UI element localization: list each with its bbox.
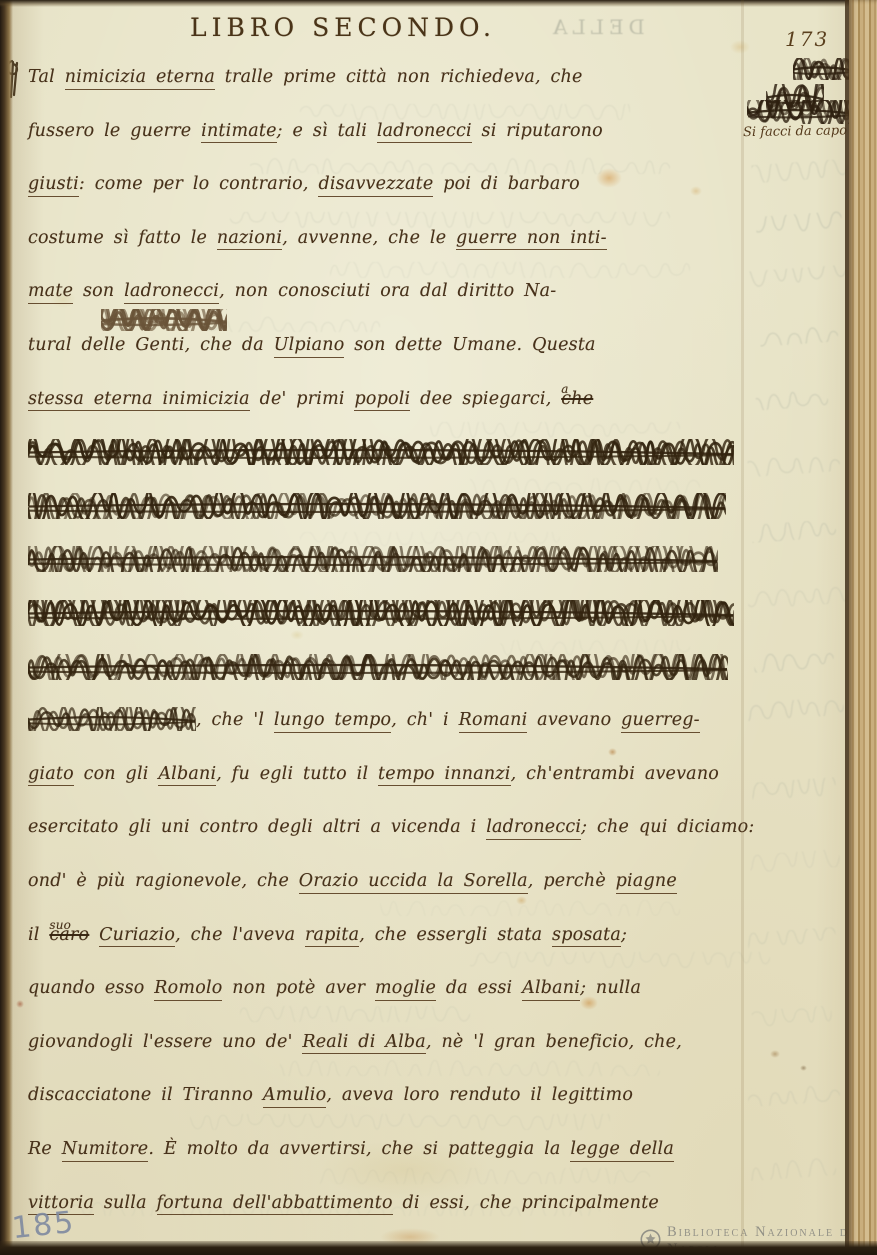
text-segment: Ulpiano — [274, 335, 345, 358]
manuscript-line: , che 'l lungo tempo, ch' i Romani aveva… — [28, 707, 743, 739]
text-segment: ladronecci — [377, 121, 472, 144]
text-segment: son — [73, 281, 124, 301]
text-segment: nazioni — [217, 228, 282, 251]
text-segment: giusti — [28, 174, 79, 197]
manuscript-line: Re Numitore. È molto da avvertirsi, che … — [28, 1136, 743, 1168]
manuscript-line: fussero le guerre intimate; e sì tali la… — [28, 118, 743, 150]
text-segment: Albani — [158, 764, 216, 787]
text-segment: Orazio uccida la Sorella — [299, 871, 528, 894]
text-segment: , non conosciuti ora dal diritto Na- — [219, 281, 556, 301]
text-segment: : come per lo contrario, — [79, 174, 319, 194]
text-segment: esercitato gli uni contro degli altri a … — [28, 817, 486, 837]
text-segment: son dette Umane. Questa — [344, 335, 595, 355]
text-segment: , aveva loro renduto il legittimo — [326, 1085, 633, 1105]
text-segment: poi di barbaro — [433, 174, 579, 194]
text-segment: . È molto da avvertirsi, che si patteggi… — [148, 1139, 570, 1159]
text-segment: lungo tempo — [274, 710, 391, 733]
page-edge-bottom — [0, 1241, 877, 1255]
text-segment: , che essergli stata — [359, 925, 552, 945]
text-segment: ladronecci — [486, 817, 581, 840]
text-segment: Romolo — [154, 978, 222, 1001]
binding-edge-left — [0, 0, 13, 1255]
text-segment: Reali di Alba — [302, 1032, 426, 1055]
inserted-word: suo — [49, 912, 71, 938]
manuscript-line: Tal nimicizia eterna tralle prime città … — [28, 64, 743, 96]
text-segment: , fu egli tutto il — [216, 764, 378, 784]
text-block: Tal nimicizia eterna tralle prime città … — [0, 0, 877, 1255]
text-segment: ; che qui diciamo: — [581, 817, 754, 837]
text-segment: stessa eterna inimicizia — [28, 389, 250, 412]
text-segment: Numitore — [62, 1139, 149, 1162]
page-crease — [741, 0, 744, 1255]
manuscript-line — [28, 493, 743, 525]
manuscript-line: giusti: come per lo contrario, disavvezz… — [28, 171, 743, 203]
text-segment: dee spiegarci, — [410, 389, 561, 409]
manuscript-scan: LIBRO SECONDO. DELLA 173 Si facci da cap… — [0, 0, 877, 1255]
text-segment: intimate — [201, 121, 277, 144]
text-segment: fortuna dell'abbattimento — [157, 1193, 393, 1216]
text-segment: non potè aver — [222, 978, 375, 998]
text-segment: legge della — [570, 1139, 674, 1162]
text-segment: ; — [621, 925, 627, 945]
ink-blot — [101, 309, 227, 335]
manuscript-line: ond' è più ragionevole, che Orazio uccid… — [28, 868, 743, 900]
text-segment: disavvezzate — [318, 174, 433, 197]
manuscript-line: mate son ladronecci, non conosciuti ora … — [28, 278, 743, 310]
text-segment: Curiazio — [99, 925, 175, 948]
text-segment: , ch'entrambi avevano — [511, 764, 719, 784]
text-segment: fussero le guerre — [28, 121, 201, 141]
text-segment: tralle prime città non richiedeva, che — [215, 67, 583, 87]
text-segment: piagne — [616, 871, 677, 894]
manuscript-line: il carosuo Curiazio, che l'aveva rapita,… — [28, 922, 743, 954]
text-segment: tempo innanzi — [378, 764, 511, 787]
manuscript-line: discacciatone il Tiranno Amulio, aveva l… — [28, 1082, 743, 1114]
text-segment — [89, 925, 99, 945]
manuscript-line: vittoria sulla fortuna dell'abbattimento… — [28, 1190, 743, 1222]
inserted-word: a — [561, 376, 568, 402]
manuscript-line: giato con gli Albani, fu egli tutto il t… — [28, 761, 743, 793]
book-edge-right — [849, 0, 877, 1255]
text-segment: il — [28, 925, 49, 945]
strike-scribble — [28, 439, 734, 473]
manuscript-line — [28, 600, 743, 632]
manuscript-line — [28, 439, 743, 471]
manuscript-line — [28, 654, 743, 686]
text-segment: quando esso — [28, 978, 154, 998]
manuscript-line: stessa eterna inimicizia de' primi popol… — [28, 386, 743, 418]
text-segment: popoli — [354, 389, 410, 412]
manuscript-line: costume sì fatto le nazioni, avvenne, ch… — [28, 225, 743, 257]
text-segment: moglie — [375, 978, 436, 1001]
text-segment: , perchè — [528, 871, 616, 891]
text-segment: chea — [561, 389, 593, 409]
text-segment: Romani — [459, 710, 528, 733]
text-segment: con gli — [74, 764, 159, 784]
strike-scribble — [28, 546, 718, 580]
text-segment: giovandogli l'essere uno de' — [28, 1032, 302, 1052]
text-segment: ond' è più ragionevole, che — [28, 871, 299, 891]
text-segment: si riputarono — [472, 121, 603, 141]
manuscript-line: giovandogli l'essere uno de' Reali di Al… — [28, 1029, 743, 1061]
text-segment: ; nulla — [580, 978, 641, 998]
text-segment: guerreg- — [621, 710, 700, 733]
text-segment: di essi, che principalmente — [393, 1193, 659, 1213]
strike-scribble — [28, 600, 734, 634]
text-segment: Tal — [28, 67, 65, 87]
strike-scribble — [28, 493, 726, 527]
manuscript-line: esercitato gli uni contro degli altri a … — [28, 814, 743, 846]
text-segment: ; e sì tali — [277, 121, 377, 141]
text-segment: rapita — [305, 925, 359, 948]
manuscript-line — [28, 546, 743, 578]
text-segment: nimicizia eterna — [65, 67, 215, 90]
page-edge-top — [0, 0, 877, 7]
text-segment: tural delle Genti, che da — [28, 335, 274, 355]
text-segment: , avvenne, che le — [282, 228, 456, 248]
text-segment: costume sì fatto le — [28, 228, 217, 248]
text-segment: , nè 'l gran beneficio, che, — [426, 1032, 682, 1052]
text-segment: ladronecci — [124, 281, 219, 304]
strike-scribble — [28, 654, 728, 688]
text-segment: discacciatone il Tiranno — [28, 1085, 263, 1105]
text-segment: , che 'l — [196, 710, 274, 730]
text-segment: avevano — [527, 710, 621, 730]
text-segment: guerre non inti- — [456, 228, 607, 251]
text-segment: Amulio — [263, 1085, 326, 1108]
text-segment: da essi — [436, 978, 522, 998]
strike-scribble — [28, 707, 196, 739]
text-segment: de' primi — [250, 389, 355, 409]
text-segment: , ch' i — [391, 710, 458, 730]
text-segment: sulla — [94, 1193, 156, 1213]
folio-number-pencil: 185 — [10, 1205, 77, 1246]
text-segment: carosuo — [49, 925, 89, 945]
text-segment: sposata — [552, 925, 621, 948]
manuscript-line: tural delle Genti, che da Ulpiano son de… — [28, 332, 743, 364]
text-segment: Albani — [522, 978, 580, 1001]
text-segment: Re — [28, 1139, 62, 1159]
text-segment: giato — [28, 764, 74, 787]
text-segment: mate — [28, 281, 73, 304]
manuscript-line: quando esso Romolo non potè aver moglie … — [28, 975, 743, 1007]
text-segment: , che l'aveva — [175, 925, 305, 945]
